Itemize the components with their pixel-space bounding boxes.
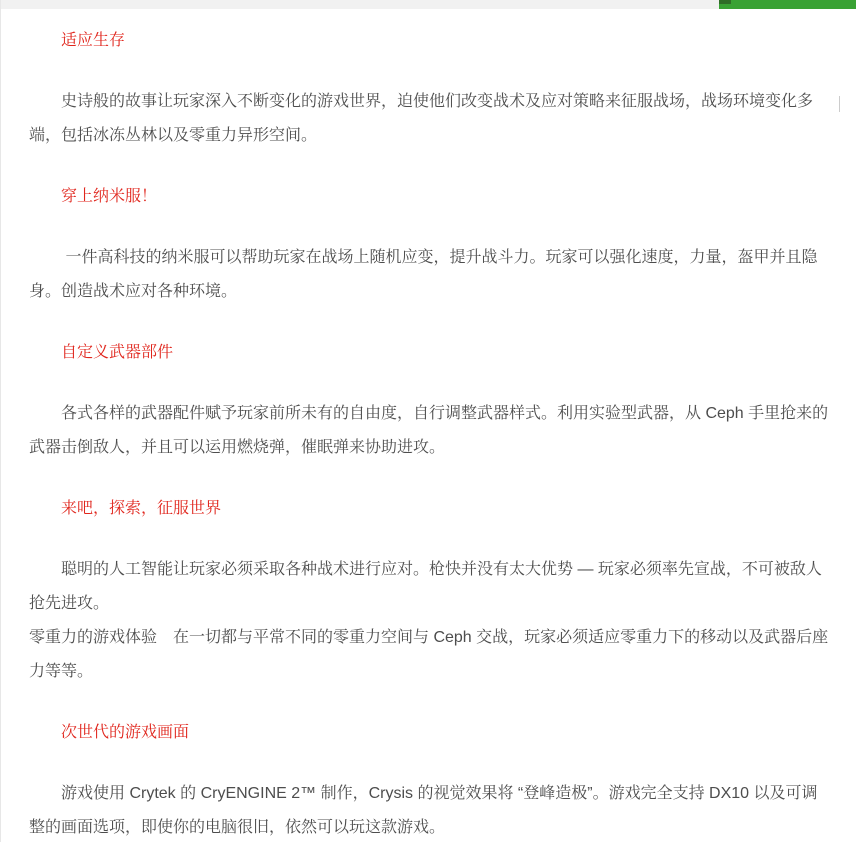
section-adapt-survive: 适应生存 史诗般的故事让玩家深入不断变化的游戏世界，迫使他们改变战术及应对策略来… xyxy=(29,24,830,153)
text-cursor-artifact xyxy=(839,96,840,112)
section-explore-conquer: 来吧，探索，征服世界 聪明的人工智能让玩家必须采取各种战术进行应对。枪快并没有太… xyxy=(29,492,830,689)
section-paragraph: 游戏使用 Crytek 的 CryENGINE 2™ 制作，Crysis 的视觉… xyxy=(29,777,830,842)
section-heading: 自定义武器部件 xyxy=(29,336,830,370)
section-paragraph: 聪明的人工智能让玩家必须采取各种战术进行应对。枪快并没有太大优势 — 玩家必须率… xyxy=(29,553,830,621)
section-paragraph: 各式各样的武器配件赋予玩家前所未有的自由度，自行调整武器样式。利用实验型武器，从… xyxy=(29,397,830,465)
article-content: 适应生存 史诗般的故事让玩家深入不断变化的游戏世界，迫使他们改变战术及应对策略来… xyxy=(1,9,856,842)
section-heading: 穿上纳米服！ xyxy=(29,180,830,214)
top-progress-bar xyxy=(719,0,856,9)
section-custom-weapons: 自定义武器部件 各式各样的武器配件赋予玩家前所未有的自由度，自行调整武器样式。利… xyxy=(29,336,830,465)
section-heading: 来吧，探索，征服世界 xyxy=(29,492,830,526)
section-nanosuit: 穿上纳米服！ 一件高科技的纳米服可以帮助玩家在战场上随机应变，提升战斗力。玩家可… xyxy=(29,180,830,309)
section-heading: 适应生存 xyxy=(29,24,830,58)
section-paragraph: 零重力的游戏体验 在一切都与平常不同的零重力空间与 Ceph 交战，玩家必须适应… xyxy=(29,621,830,689)
progress-notch xyxy=(719,0,731,4)
section-heading: 次世代的游戏画面 xyxy=(29,716,830,750)
section-paragraph: 史诗般的故事让玩家深入不断变化的游戏世界，迫使他们改变战术及应对策略来征服战场，… xyxy=(29,85,830,153)
section-nextgen-graphics: 次世代的游戏画面 游戏使用 Crytek 的 CryENGINE 2™ 制作，C… xyxy=(29,716,830,842)
section-paragraph: 一件高科技的纳米服可以帮助玩家在战场上随机应变，提升战斗力。玩家可以强化速度，力… xyxy=(29,241,830,309)
page: 适应生存 史诗般的故事让玩家深入不断变化的游戏世界，迫使他们改变战术及应对策略来… xyxy=(0,0,856,842)
top-loading-track xyxy=(1,0,856,9)
